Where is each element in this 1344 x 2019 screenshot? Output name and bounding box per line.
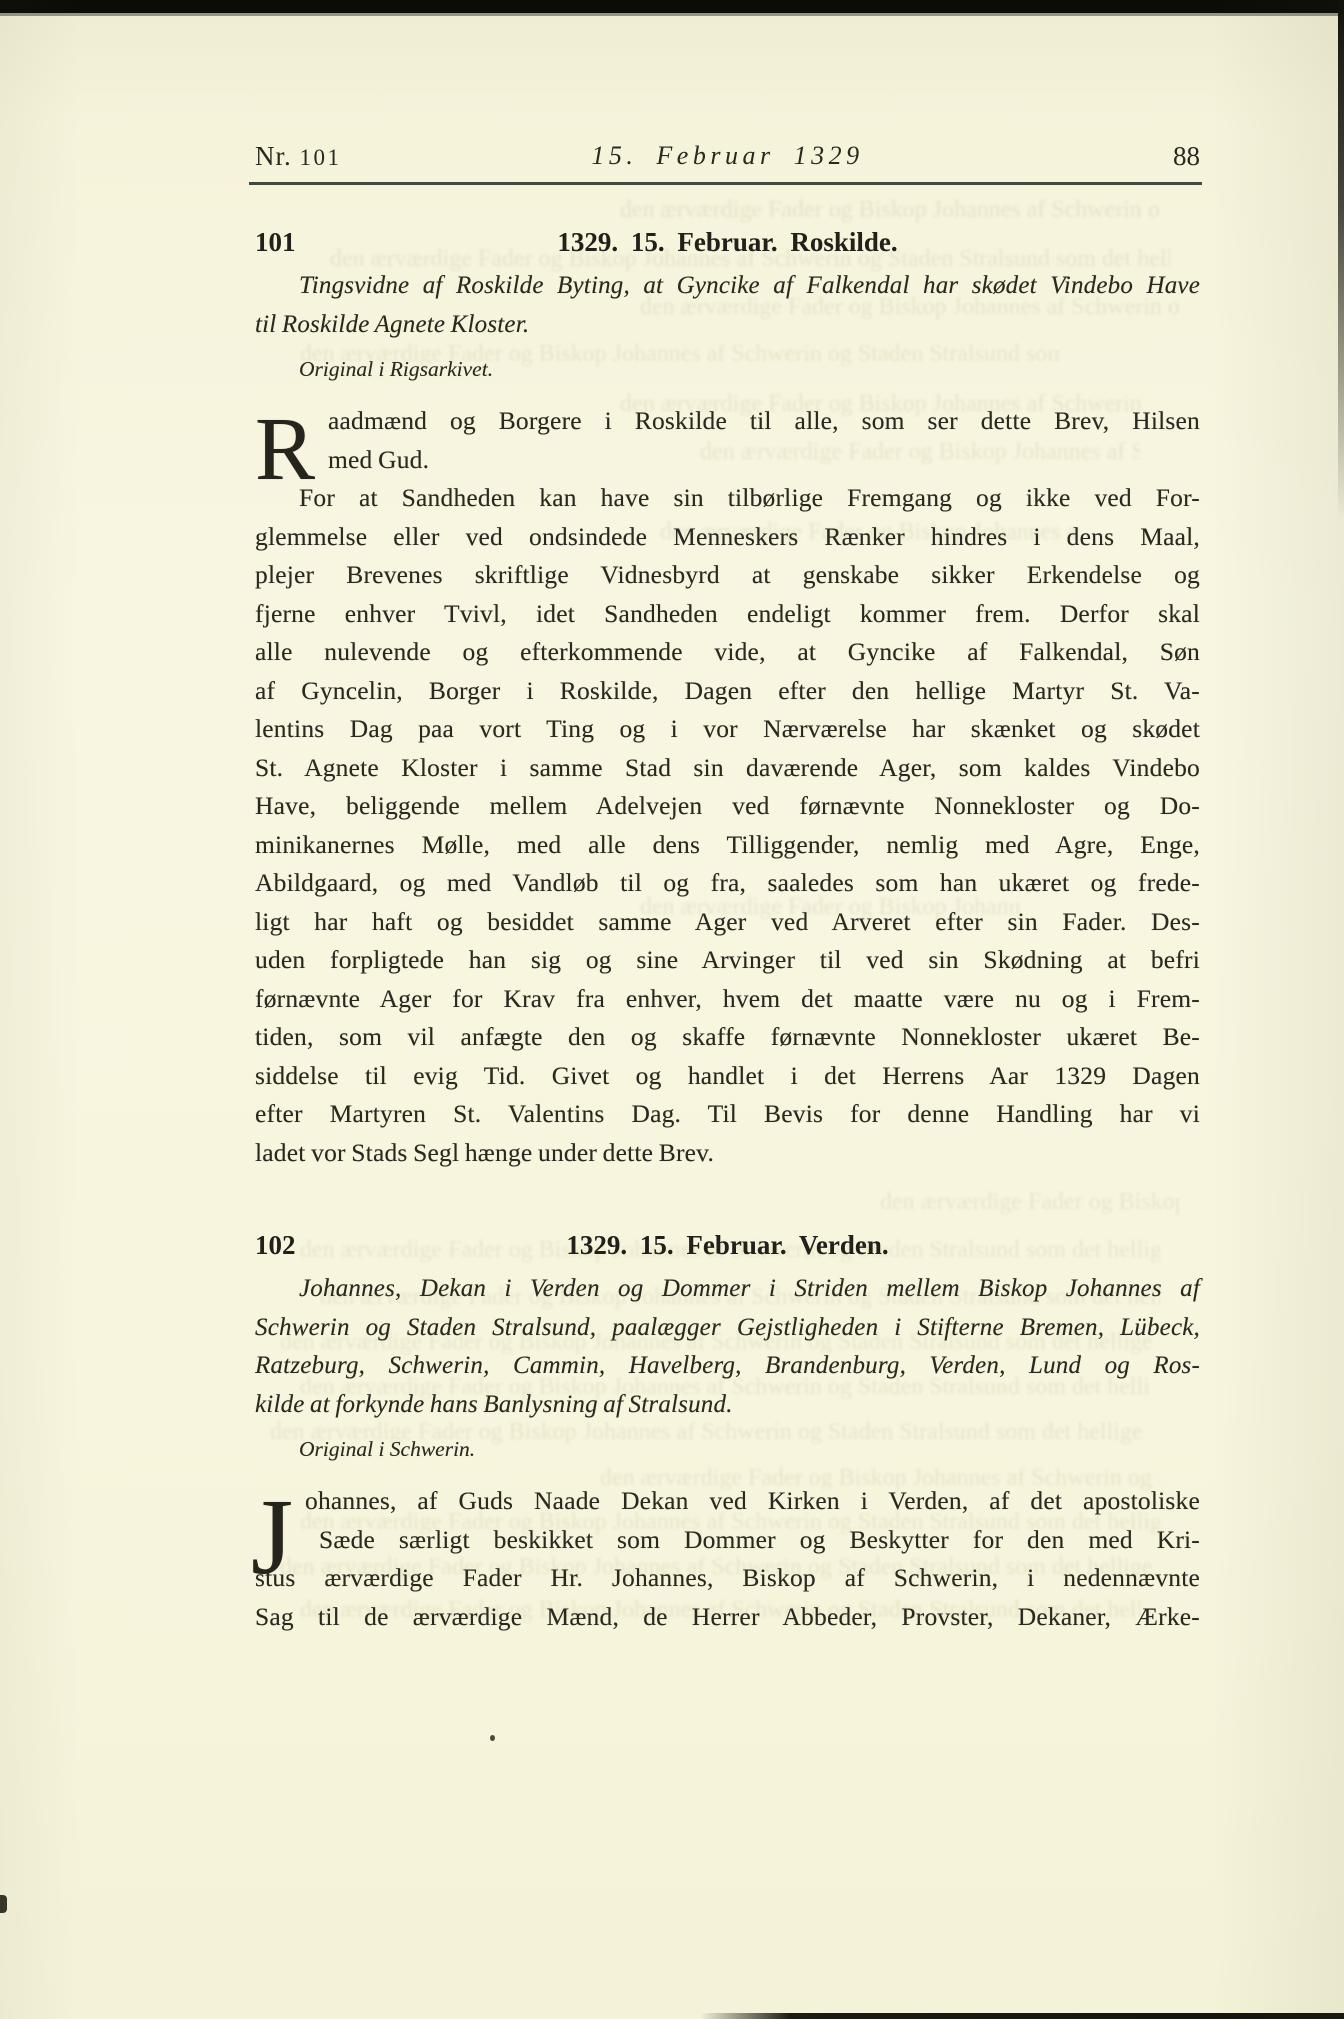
entry-abstract: Johannes, Dekan i Verden og Dommer i Str… <box>255 1270 1200 1424</box>
scan-edge-right <box>1338 0 1344 520</box>
header-rule <box>249 182 1202 185</box>
entry-title: 1329. 15. Februar. Roskilde. <box>255 227 1200 258</box>
text-line: ohannes, af Guds Naade Dekan ved Kirken … <box>255 1482 1200 1521</box>
text-line: Sag til de ærværdige Mænd, de Herrer Abb… <box>255 1598 1200 1637</box>
text-line: alle nulevende og efterkommende vide, at… <box>255 633 1200 672</box>
text-line: Sæde særligt beskikket som Dommer og Bes… <box>255 1521 1200 1560</box>
running-header: Nr. 101 15. Februar 1329 88 <box>255 141 1200 181</box>
text-line: Johannes, Dekan i Verden og Dommer i Str… <box>255 1270 1200 1309</box>
text-line: ladet vor Stads Segl hænge under dette B… <box>255 1134 1200 1173</box>
text-line: uden forpligtede han sig og sine Arvinge… <box>255 941 1200 980</box>
text-line: kilde at forkynde hans Banlysning af Str… <box>255 1386 1200 1425</box>
text-line: glemmelse eller ved ondsindede Mennesker… <box>255 518 1200 557</box>
text-line: efter Martyren St. Valentins Dag. Til Be… <box>255 1095 1200 1134</box>
text-line: med Gud. <box>255 441 1200 480</box>
entry-abstract: Tingsvidne af Roskilde Byting, at Gyncik… <box>255 267 1200 344</box>
header-date: 15. Februar 1329 <box>255 141 1200 171</box>
text-line: lentins Dag paa vort Ting og i vor Nærvæ… <box>255 710 1200 749</box>
scanned-book-page: den ærværdige Fader og Biskop Johannes a… <box>0 0 1344 2019</box>
scan-edge-left-mark <box>0 1895 7 1913</box>
text-line: stus ærværdige Fader Hr. Johannes, Bisko… <box>255 1559 1200 1598</box>
text-column: Nr. 101 15. Februar 1329 88 101 1329. 15… <box>255 0 1200 1636</box>
text-line: ligt har haft og besiddet samme Ager ved… <box>255 903 1200 942</box>
text-line: minikanernes Mølle, med alle dens Tillig… <box>255 826 1200 865</box>
entry-source-note: Original i Schwerin. <box>255 1435 1200 1463</box>
entry-opening: J ohannes, af Guds Naade Dekan ved Kirke… <box>255 1482 1200 1559</box>
entry-102: 102 1329. 15. Februar. Verden. Johannes,… <box>255 1230 1200 1636</box>
entry-body: stus ærværdige Fader Hr. Johannes, Bisko… <box>255 1559 1200 1636</box>
text-line: Tingsvidne af Roskilde Byting, at Gyncik… <box>255 267 1200 306</box>
text-line: For at Sandheden kan have sin tilbørlige… <box>255 479 1200 518</box>
page-number: 88 <box>1173 141 1200 172</box>
entry-heading-row: 102 1329. 15. Februar. Verden. <box>255 1230 1200 1270</box>
text-line: af Gyncelin, Borger i Roskilde, Dagen ef… <box>255 672 1200 711</box>
text-line: fjerne enhver Tvivl, idet Sandheden ende… <box>255 595 1200 634</box>
text-line: aadmænd og Borgere i Roskilde til alle, … <box>255 402 1200 441</box>
scan-edge-bottom <box>700 2013 1344 2019</box>
text-line: Schwerin og Staden Stralsund, paalægger … <box>255 1309 1200 1348</box>
text-line: til Roskilde Agnete Kloster. <box>255 306 1200 345</box>
text-line: St. Agnete Kloster i samme Stad sin davæ… <box>255 749 1200 788</box>
entry-source-note: Original i Rigsarkivet. <box>255 355 1200 383</box>
entry-body: For at Sandheden kan have sin tilbørlige… <box>255 479 1200 1172</box>
entry-101: 101 1329. 15. Februar. Roskilde. Tingsvi… <box>255 227 1200 1172</box>
text-line: Have, beliggende mellem Adelvejen ved fø… <box>255 787 1200 826</box>
text-line: plejer Brevenes skriftlige Vidnesbyrd at… <box>255 556 1200 595</box>
text-line: Abildgaard, og med Vandløb til og fra, s… <box>255 864 1200 903</box>
text-line: Ratzeburg, Schwerin, Cammin, Havelberg, … <box>255 1347 1200 1386</box>
dropcap-R: R <box>255 405 315 495</box>
entry-opening: R aadmænd og Borgere i Roskilde til alle… <box>255 402 1200 479</box>
text-line: førnævnte Ager for Krav fra enhver, hvem… <box>255 980 1200 1019</box>
ink-speck <box>490 1735 495 1741</box>
text-line: tiden, som vil anfægte den og skaffe før… <box>255 1018 1200 1057</box>
entry-heading-row: 101 1329. 15. Februar. Roskilde. <box>255 227 1200 267</box>
dropcap-J: J <box>251 1484 293 1592</box>
entry-title: 1329. 15. Februar. Verden. <box>255 1230 1200 1261</box>
text-line: siddelse til evig Tid. Givet og handlet … <box>255 1057 1200 1096</box>
